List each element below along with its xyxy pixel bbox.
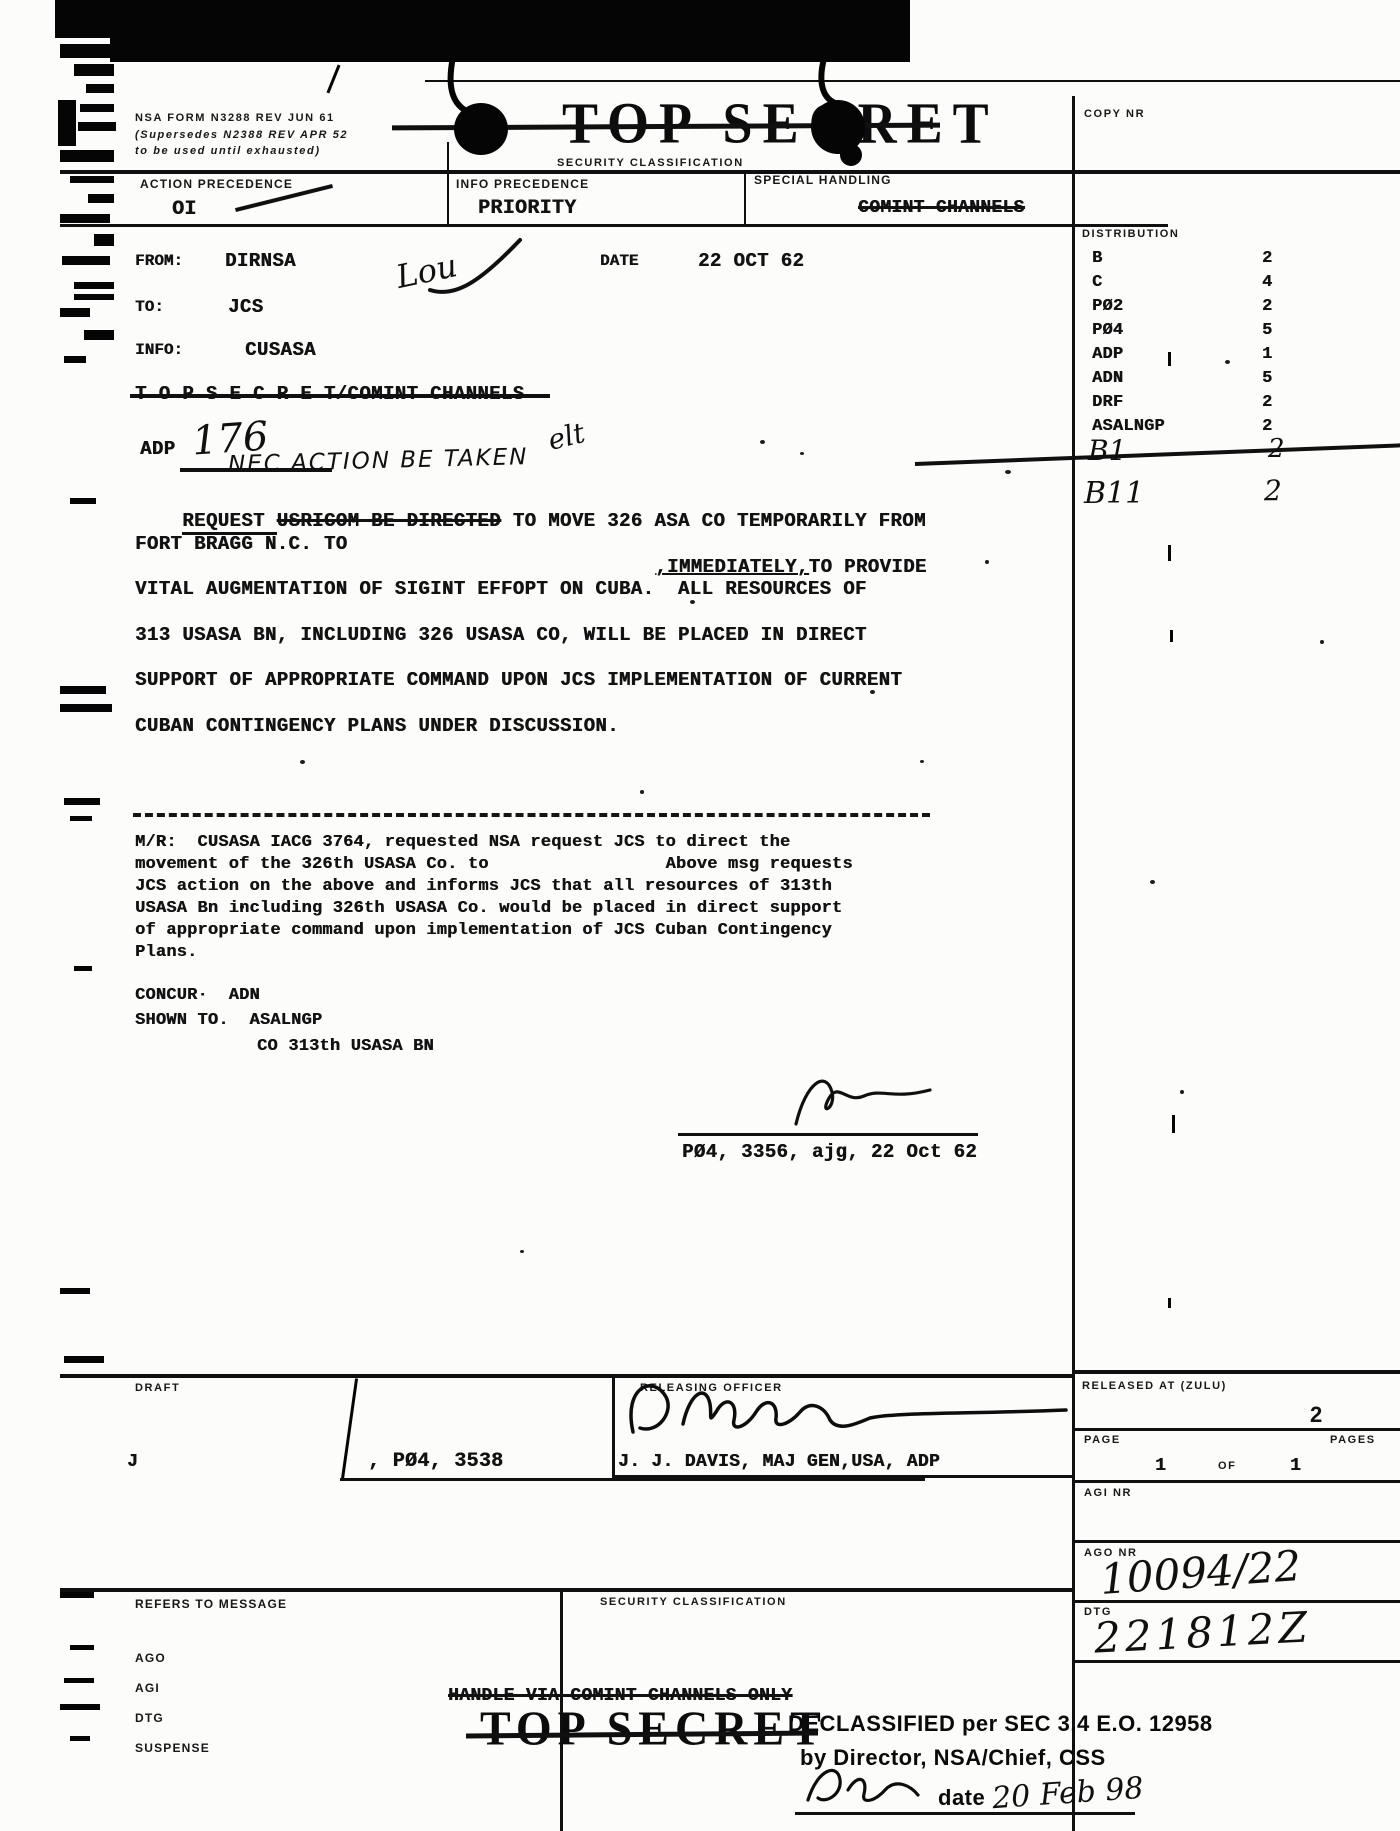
scan-artifact [78, 122, 116, 131]
scan-artifact [1168, 352, 1171, 366]
scan-artifact [60, 1288, 90, 1294]
releasing-officer-name: J. J. DAVIS, MAJ GEN,USA, ADP [618, 1452, 940, 1474]
scan-artifact [64, 798, 100, 805]
struck-text: USRICOM BE DIRECTED [277, 510, 501, 532]
noise-speck [1225, 360, 1230, 364]
shown-to-line: CO 313th USASA BN [257, 1036, 434, 1057]
scan-artifact [58, 100, 76, 146]
scan-artifact [74, 64, 114, 76]
scan-artifact [88, 194, 114, 203]
declass-date-label: date [938, 1782, 985, 1814]
distribution-code: PØ4 [1092, 320, 1123, 341]
scan-artifact [70, 498, 96, 504]
page-value: 1 [1155, 1456, 1166, 1478]
scan-artifact [60, 686, 106, 694]
scanned-document-page: NSA FORM N3288 REV JUN 61 (Supersedes N2… [0, 0, 1400, 1831]
scan-artifact [1168, 545, 1171, 561]
info-precedence-label: INFO PRECEDENCE [456, 178, 589, 191]
scan-artifact [74, 282, 114, 289]
noise-speck [985, 560, 989, 564]
pages-label: PAGES [1330, 1434, 1376, 1446]
scan-artifact [86, 84, 114, 93]
draft-label: DRAFT [135, 1382, 180, 1394]
scan-artifact [1170, 630, 1173, 642]
distribution-code: ADP [1092, 344, 1123, 365]
form-border [1073, 1660, 1400, 1663]
from-label: FROM: [135, 252, 183, 271]
noise-speck [640, 790, 644, 794]
signature-line [795, 1812, 1135, 1815]
info-value: CUSASA [245, 339, 316, 362]
distribution-code: DRF [1092, 392, 1123, 413]
of-label: OF [1218, 1460, 1236, 1472]
special-handling-label: SPECIAL HANDLING [754, 174, 892, 187]
security-classification-label: SECURITY CLASSIFICATION [557, 157, 744, 169]
pages-value: 1 [1290, 1456, 1301, 1478]
form-border [1073, 1428, 1400, 1431]
handwritten-swoosh [420, 232, 540, 302]
mr-line: movement of the 326th USASA Co. to Above… [135, 854, 853, 875]
scan-artifact [74, 294, 114, 300]
form-border [1073, 1480, 1400, 1483]
handwritten-insert: NEC ACTION BE TAKEN [228, 444, 529, 478]
form-border [1073, 1540, 1400, 1543]
distribution-code: PØ2 [1092, 296, 1123, 317]
dtg-bottom-label: DTG [135, 1712, 164, 1725]
distribution-handwritten-count: 2 [1264, 474, 1282, 507]
distribution-handwritten-code: B1 [1088, 434, 1126, 467]
form-border [1073, 1370, 1400, 1374]
noise-speck [760, 440, 765, 444]
form-border [340, 1478, 925, 1481]
form-border [612, 1475, 1073, 1478]
scan-artifact [326, 65, 340, 94]
scan-artifact [64, 1356, 104, 1363]
scan-artifact [60, 150, 114, 162]
mr-line: JCS action on the above and informs JCS … [135, 876, 832, 897]
distribution-code: B [1092, 248, 1102, 269]
distribution-label: DISTRIBUTION [1082, 228, 1179, 240]
mr-line: of appropriate command upon implementati… [135, 920, 832, 941]
suspense-label: SUSPENSE [135, 1742, 210, 1755]
signature-line [678, 1133, 978, 1136]
distribution-code: ADN [1092, 368, 1123, 389]
handwritten-slash [341, 1378, 358, 1479]
scan-artifact [70, 1736, 90, 1741]
scan-artifact [94, 234, 114, 246]
noise-speck [1150, 880, 1155, 884]
form-border [60, 1588, 1073, 1592]
signature-scribble [788, 1062, 938, 1137]
declass-signature [798, 1758, 948, 1813]
concur-line: CONCUR· ADN [135, 985, 260, 1006]
strike-line [130, 394, 550, 398]
distribution-count: 1 [1262, 344, 1272, 365]
releasing-officer-signature [598, 1362, 1098, 1457]
to-label: TO: [135, 298, 164, 317]
declass-stamp-line: DECLASSIFIED per SEC 3.4 E.O. 12958 [788, 1708, 1213, 1740]
scan-artifact [64, 1678, 94, 1683]
scan-artifact [60, 214, 110, 223]
date-label: DATE [600, 252, 638, 271]
scan-artifact [60, 1592, 94, 1598]
scan-artifact [70, 176, 114, 183]
scan-artifact [1168, 1298, 1171, 1308]
from-value: DIRNSA [225, 250, 296, 273]
released-at-mark: 2 [1310, 1402, 1322, 1428]
scan-artifact [70, 816, 92, 821]
page-label: PAGE [1084, 1434, 1121, 1446]
distribution-count: 5 [1262, 320, 1272, 341]
info-precedence-value: PRIORITY [478, 197, 576, 221]
distribution-count: 4 [1262, 272, 1272, 293]
noise-speck [520, 1250, 524, 1253]
mr-line: M/R: CUSASA IACG 3764, requested NSA req… [135, 832, 790, 853]
scan-artifact [1172, 1115, 1175, 1133]
info-label: INFO: [135, 341, 183, 360]
dtg-value: 221812Z [1093, 1602, 1313, 1662]
drafter-initial: J [127, 1452, 138, 1474]
form-border [1073, 1600, 1400, 1603]
scan-artifact [55, 0, 117, 38]
immediately-underlined: ,IMMEDIATELY, [655, 556, 808, 578]
copy-nr-label: COPY NR [1084, 108, 1145, 120]
mr-line: USASA Bn including 326th USASA Co. would… [135, 898, 842, 919]
agi-label: AGI [135, 1682, 160, 1695]
form-border [1072, 96, 1075, 1831]
scan-artifact [70, 1645, 94, 1650]
noise-speck [1320, 640, 1324, 644]
noise-speck [920, 760, 924, 763]
scan-artifact [110, 0, 910, 62]
message-line-3: VITAL AUGMENTATION OF SIGINT EFFOPT ON C… [135, 578, 867, 601]
message-line-2-left: FORT BRAGG N.C. TO [135, 533, 347, 556]
scan-artifact [60, 704, 112, 712]
scan-artifact [60, 44, 112, 58]
form-border [744, 172, 746, 226]
declass-date-value: 20 Feb 98 [991, 1771, 1145, 1816]
distribution-count: 2 [1262, 248, 1272, 269]
classification-banner-bottom: TOP SECRET [480, 1705, 827, 1753]
noise-speck [1005, 470, 1011, 474]
action-precedence-value: OI [172, 198, 197, 222]
noise-speck [300, 760, 305, 764]
scan-artifact [74, 966, 92, 971]
action-precedence-label: ACTION PRECEDENCE [140, 178, 293, 191]
noise-speck [800, 452, 804, 455]
distribution-count: 2 [1262, 296, 1272, 317]
message-line-4: 313 USASA BN, INCLUDING 326 USASA CO, WI… [135, 624, 867, 647]
scan-artifact [60, 1704, 100, 1710]
distribution-code: C [1092, 272, 1102, 293]
drafter-cell: , PØ4, 3538 [368, 1450, 503, 1474]
ago-label: AGO [135, 1652, 166, 1665]
special-handling-value: COMINT CHANNELS [858, 198, 1025, 220]
mr-line: Plans. [135, 942, 197, 963]
security-classification-label: SECURITY CLASSIFICATION [600, 1596, 787, 1608]
distribution-count: 5 [1262, 368, 1272, 389]
scan-artifact [62, 256, 110, 265]
form-id: NSA FORM N3288 REV JUN 61 [135, 112, 335, 124]
adp-label: ADP [140, 438, 175, 461]
date-value: 22 OCT 62 [698, 250, 804, 273]
scan-artifact [84, 330, 114, 340]
scan-artifact [80, 104, 114, 112]
scan-artifact [60, 308, 90, 317]
form-border [60, 224, 1168, 227]
release-line-text: PØ4, 3356, ajg, 22 Oct 62 [682, 1141, 977, 1164]
form-id: (Supersedes N2388 REV APR 52 [135, 129, 348, 141]
request-word: REQUEST [182, 510, 276, 535]
distribution-count: 2 [1262, 392, 1272, 413]
scan-artifact [64, 356, 86, 363]
form-id: to be used until exhausted) [135, 145, 321, 157]
separator-dashed-line [133, 813, 930, 817]
distribution-handwritten-code: B11 [1084, 476, 1144, 511]
noise-speck [1180, 1090, 1184, 1094]
agi-nr-label: AGI NR [1084, 1487, 1132, 1499]
handwritten-initials: elt [545, 416, 589, 457]
strike-line [915, 443, 1400, 466]
message-line-5: SUPPORT OF APPROPRIATE COMMAND UPON JCS … [135, 669, 902, 692]
shown-to-line: SHOWN TO. ASALNGP [135, 1010, 322, 1031]
to-value: JCS [228, 296, 263, 319]
refers-to-message-label: REFERS TO MESSAGE [135, 1598, 287, 1611]
released-at-label: RELEASED AT (ZULU) [1082, 1380, 1227, 1392]
message-line-6: CUBAN CONTINGENCY PLANS UNDER DISCUSSION… [135, 715, 619, 738]
